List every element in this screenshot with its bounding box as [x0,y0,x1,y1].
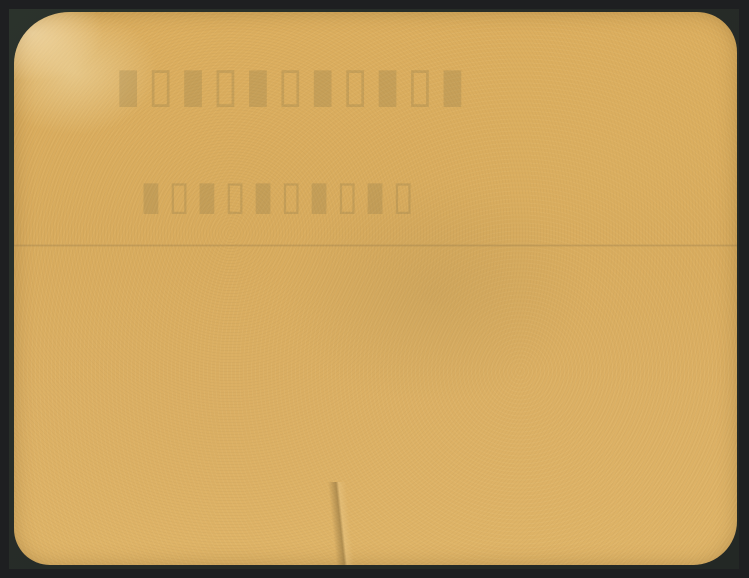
corner-wear [14,12,104,82]
aged-paper-card: ▮▯▮▯▮▯▮▯▮▯▮ ▯▮▯▮▯▮▯▮▯▮ [14,12,737,565]
show-through-text-middle: ▯▮▯▮▯▮▯▮▯▮ [134,172,414,219]
show-through-text-top: ▮▯▮▯▮▯▮▯▮▯▮ [109,57,466,113]
fold-line [14,244,737,247]
photo-frame: ▮▯▮▯▮▯▮▯▮▯▮ ▯▮▯▮▯▮▯▮▯▮ [0,0,749,578]
bottom-edge-tear [328,482,355,565]
